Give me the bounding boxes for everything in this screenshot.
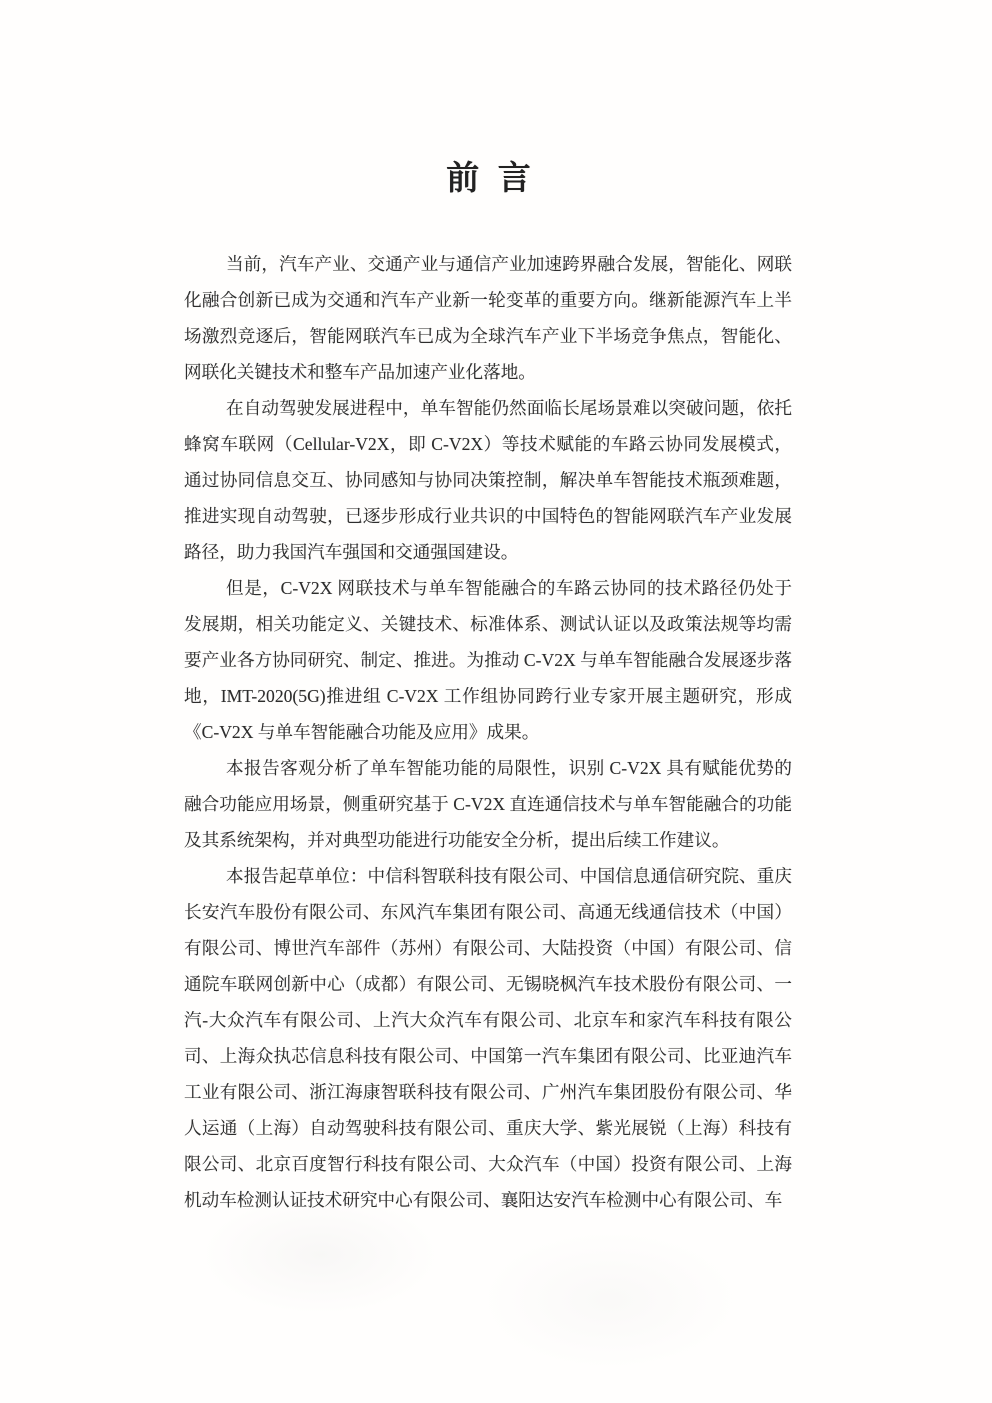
paragraph-drafting-organizations: 本报告起草单位：中信科智联科技有限公司、中国信息通信研究院、重庆长安汽车股份有限…	[184, 858, 792, 1218]
paragraph-cv2x-development: 但是，C-V2X 网联技术与单车智能融合的车路云协同的技术路径仍处于发展期，相关…	[184, 570, 792, 750]
document-page: 前 言 当前，汽车产业、交通产业与通信产业加速跨界融合发展，智能化、网联化融合创…	[0, 0, 992, 1403]
page-title: 前 言	[184, 152, 794, 199]
paragraph-intro: 当前，汽车产业、交通产业与通信产业加速跨界融合发展，智能化、网联化融合创新已成为…	[184, 246, 792, 390]
paragraph-report-scope: 本报告客观分析了单车智能功能的局限性，识别 C-V2X 具有赋能优势的融合功能应…	[184, 750, 792, 858]
paragraph-autonomous-driving: 在自动驾驶发展进程中，单车智能仍然面临长尾场景难以突破问题，依托蜂窝车联网（Ce…	[184, 390, 792, 570]
scan-smudge	[480, 1230, 740, 1370]
document-body: 当前，汽车产业、交通产业与通信产业加速跨界融合发展，智能化、网联化融合创新已成为…	[184, 246, 792, 1218]
